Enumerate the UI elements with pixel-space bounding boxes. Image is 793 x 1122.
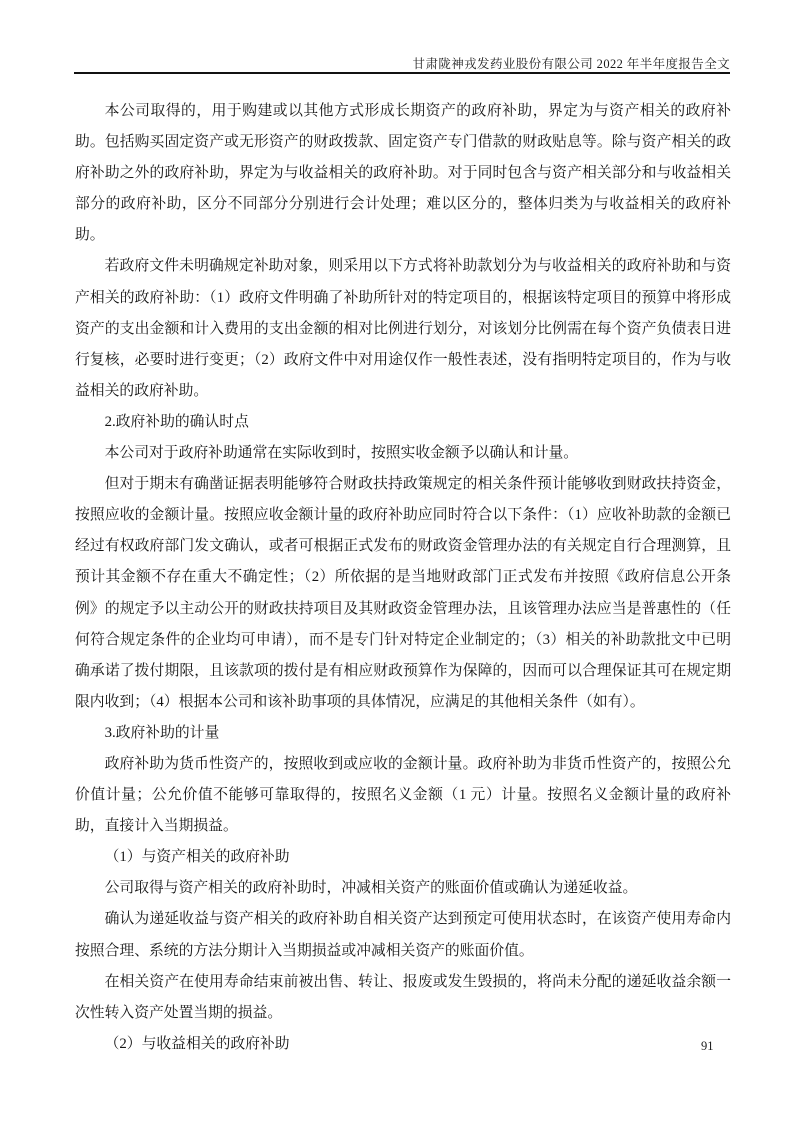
paragraph-grant-classification-method: 若政府文件未明确规定补助对象，则采用以下方式将补助款划分为与收益相关的政府补助和… (75, 251, 731, 406)
paragraph-monetary-nonmonetary-measurement: 政府补助为货币性资产的，按照收到或应收的金额计量。政府补助为非货币性资产的，按照… (75, 749, 731, 842)
document-page: 甘肃陇神戎发药业股份有限公司 2022 年半年度报告全文 本公司取得的，用于购建… (0, 0, 793, 1122)
paragraph-receivable-measurement-conditions: 但对于期末有确凿证据表明能够符合财政扶持政策规定的相关条件预计能够收到财政扶持资… (75, 469, 731, 718)
section-heading-grant-recognition-timing: 2.政府补助的确认时点 (75, 407, 731, 438)
paragraph-recognition-on-receipt: 本公司对于政府补助通常在实际收到时，按照实收金额予以确认和计量。 (75, 438, 731, 469)
header-rule (74, 72, 730, 74)
paragraph-government-grant-definition: 本公司取得的，用于购建或以其他方式形成长期资产的政府补助，界定为与资产相关的政府… (75, 96, 731, 251)
page-number: 91 (701, 1039, 714, 1054)
paragraph-deferred-income-amortization: 确认为递延收益与资产相关的政府补助自相关资产达到预定可使用状态时，在该资产使用寿… (75, 904, 731, 966)
section-heading-grant-measurement: 3.政府补助的计量 (75, 718, 731, 749)
paragraph-asset-grant-treatment: 公司取得与资产相关的政府补助时，冲减相关资产的账面价值或确认为递延收益。 (75, 873, 731, 904)
section-heading-income-related-grants: （2）与收益相关的政府补助 (75, 1029, 731, 1060)
document-body: 本公司取得的，用于购建或以其他方式形成长期资产的政府补助，界定为与资产相关的政府… (75, 96, 731, 1060)
section-heading-asset-related-grants: （1）与资产相关的政府补助 (75, 842, 731, 873)
header-title: 甘肃陇神戎发药业股份有限公司 2022 年半年度报告全文 (413, 57, 730, 71)
page-header: 甘肃陇神戎发药业股份有限公司 2022 年半年度报告全文 (75, 54, 730, 72)
paragraph-asset-disposal-transfer: 在相关资产在使用寿命结束前被出售、转让、报废或发生毁损的，将尚未分配的递延收益余… (75, 967, 731, 1029)
